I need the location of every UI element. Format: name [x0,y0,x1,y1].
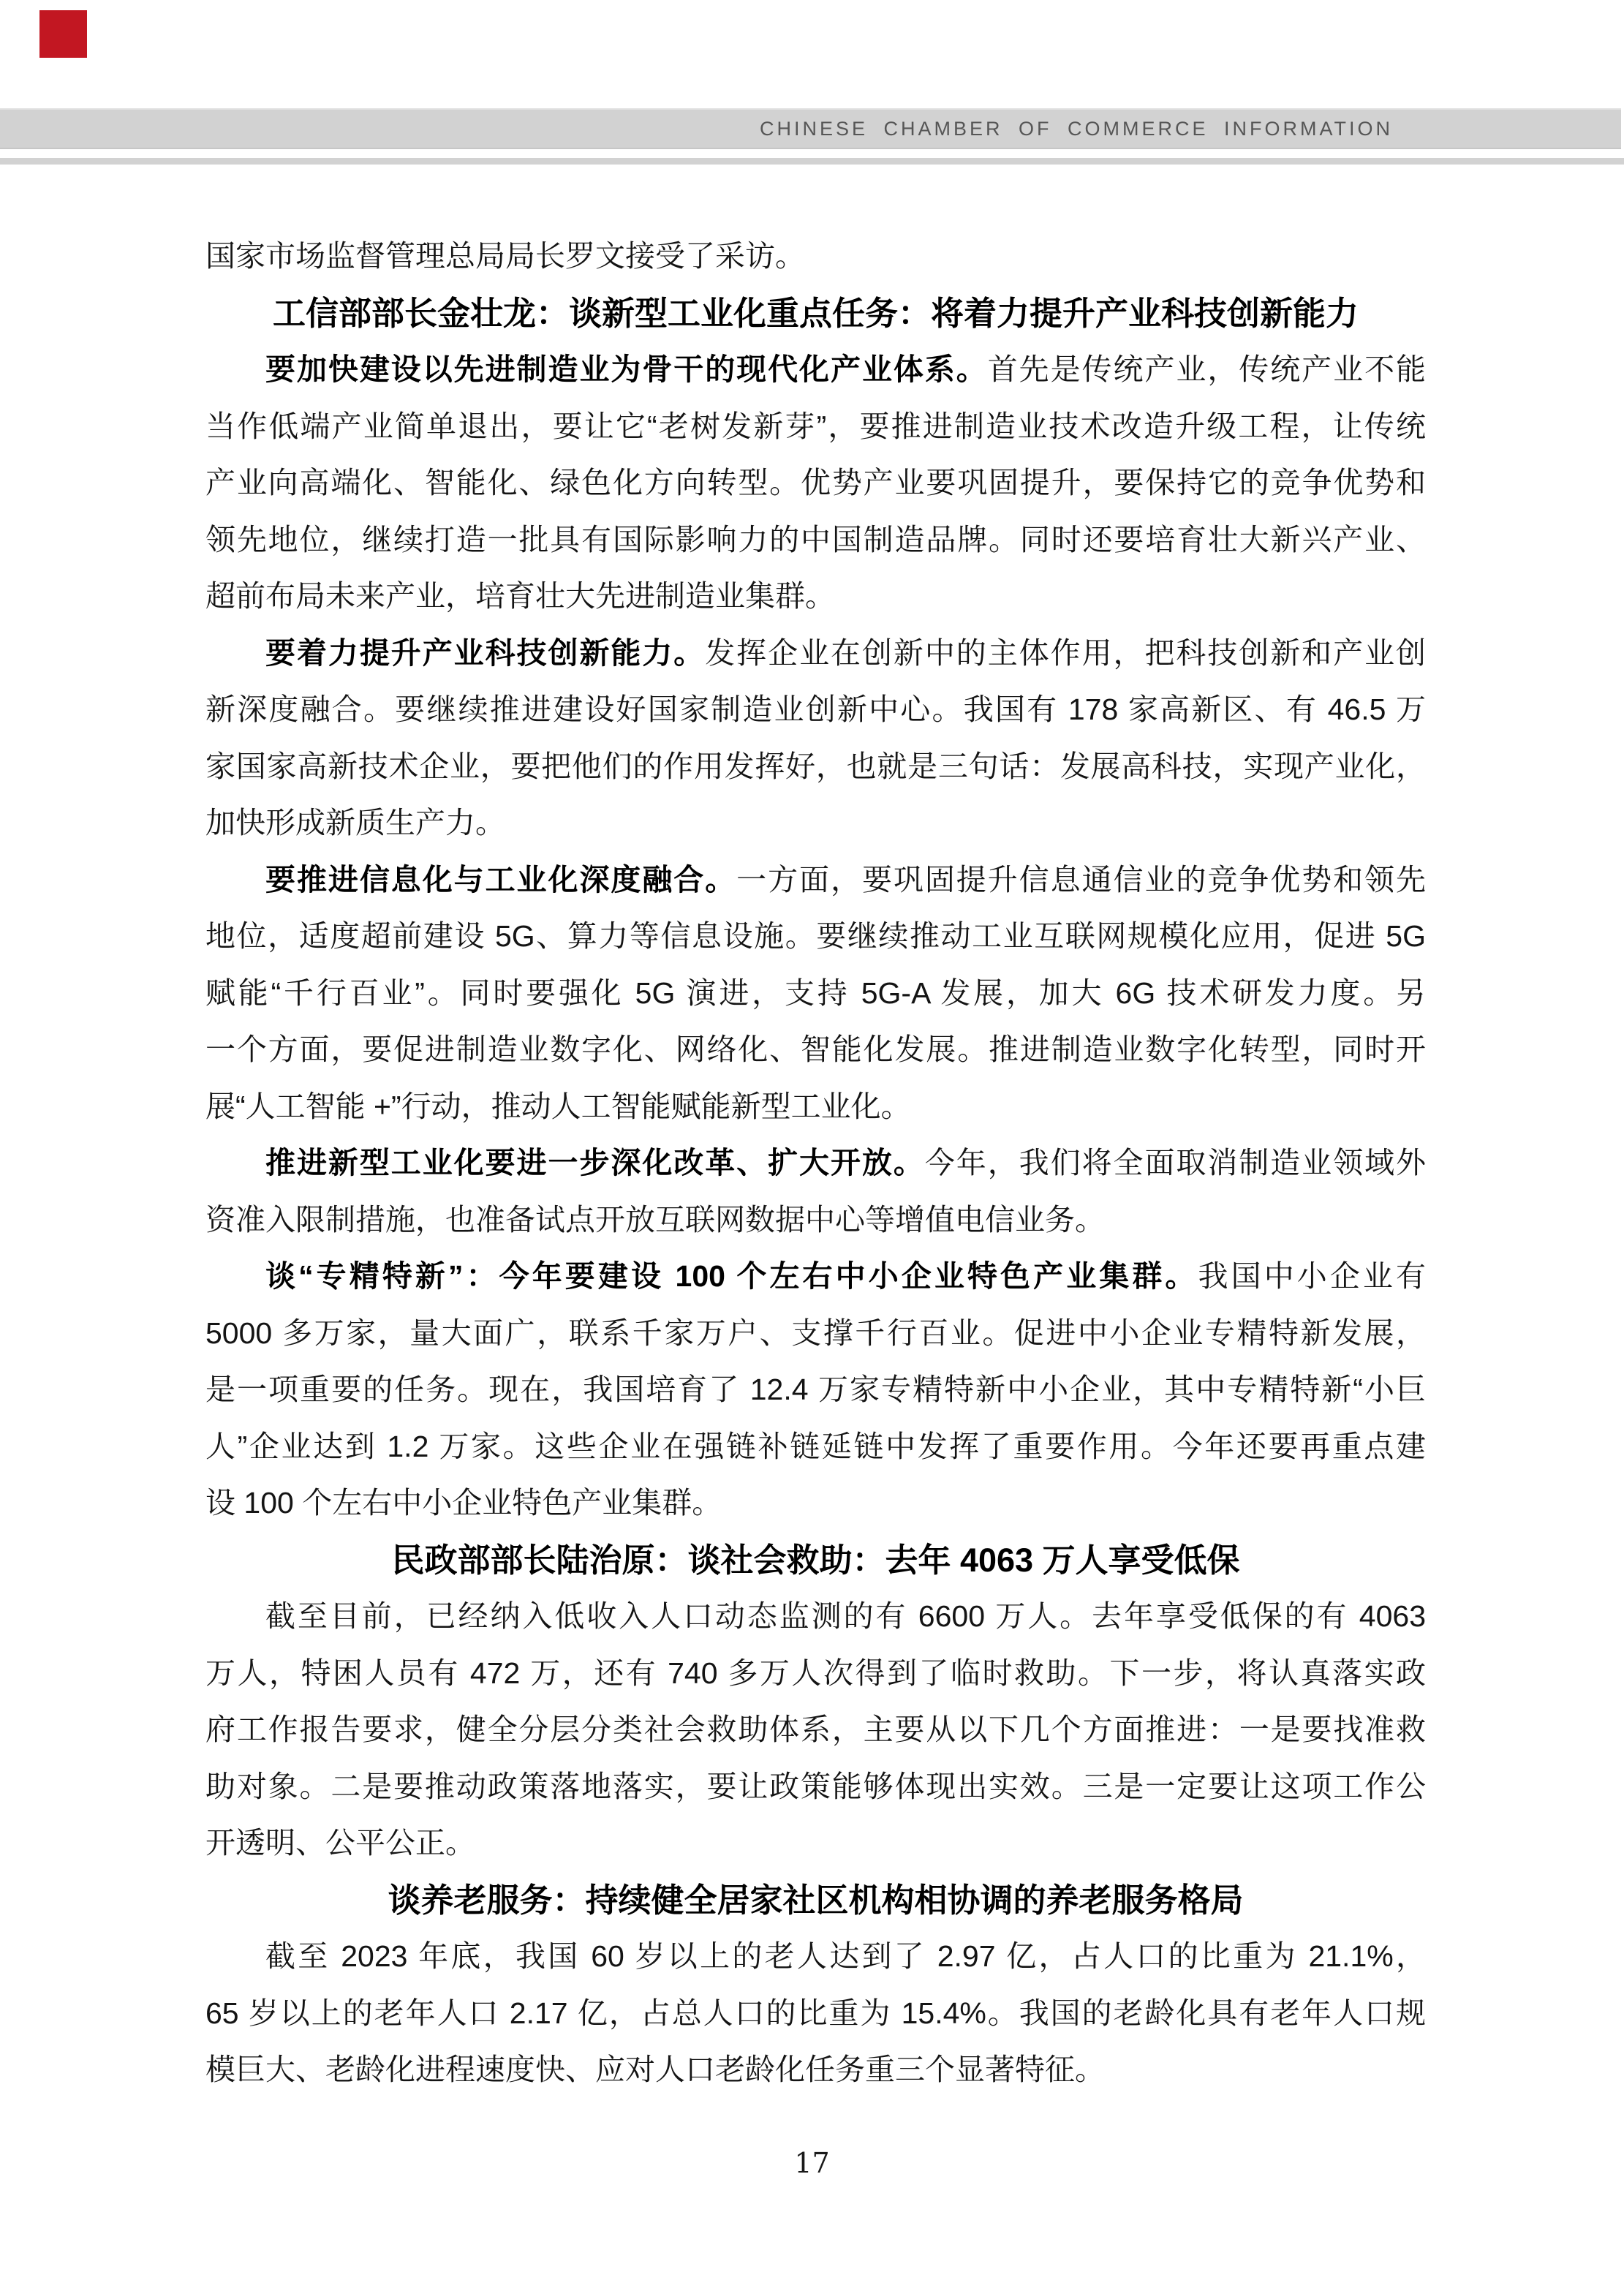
line-text: 是一项重要的任务。现在，我国培育了 12.4 万家专精特新中小企业，其中专精特新… [205,1373,1426,1406]
body-text-line: 截至 2023 年底，我国 60 岁以上的老人达到了 2.97 亿，占人口的比重… [205,1928,1426,1985]
line-text: 设 100 个左右中小企业特色产业集群。 [205,1486,722,1520]
line-text: 截至 2023 年底，我国 60 岁以上的老人达到了 2.97 亿，占人口的比重… [265,1939,1426,1973]
body-text-line: 推进新型工业化要进一步深化改革、扩大开放。今年，我们将全面取消制造业领域外 [205,1135,1426,1192]
bold-lead-text: 谈“专精特新”：今年要建设 100 个左右中小企业特色产业集群。 [265,1259,1198,1293]
line-text: 一个方面，要促进制造业数字化、网络化、智能化发展。推进制造业数字化转型，同时开 [205,1033,1426,1066]
article-body: 国家市场监督管理总局局长罗文接受了采访。工信部部长金壮龙：谈新型工业化重点任务：… [205,228,1426,2099]
body-text-line: 开透明、公平公正。 [205,1815,1426,1872]
body-text-line: 万人，特困人员有 472 万，还有 740 多万人次得到了临时救助。下一步，将认… [205,1645,1426,1702]
line-text: 开透明、公平公正。 [205,1826,475,1860]
body-text-line: 设 100 个左右中小企业特色产业集群。 [205,1475,1426,1532]
body-text-line: 资准入限制措施，也准备试点开放互联网数据中心等增值电信业务。 [205,1192,1426,1249]
line-text: 助对象。二是要推动政策落地落实，要让政策能够体现出实效。三是一定要让这项工作公 [205,1770,1426,1803]
line-text: 谈养老服务：持续健全居家社区机构相协调的养老服务格局 [388,1882,1243,1919]
line-text: 赋能“千行百业”。同时要强化 5G 演进，支持 5G-A 发展，加大 6G 技术… [205,976,1426,1010]
line-text: 当作低端产业简单退出，要让它“老树发新芽”，要推进制造业技术改造升级工程，让传统 [205,410,1426,443]
line-text: 府工作报告要求，健全分层分类社会救助体系，主要从以下几个方面推进：一是要找准救 [205,1713,1426,1746]
body-text-line: 要着力提升产业科技创新能力。发挥企业在创新中的主体作用，把科技创新和产业创 [205,625,1426,682]
header-banner-text: CHINESE CHAMBER OF COMMERCE INFORMATION [0,110,1621,148]
line-text: 超前布局未来产业，培育壮大先进制造业集群。 [205,579,835,613]
line-text: 人”企业达到 1.2 万家。这些企业在强链补链延链中发挥了重要作用。今年还要再重… [205,1430,1426,1463]
line-text: 新深度融合。要继续推进建设好国家制造业创新中心。我国有 178 家高新区、有 4… [205,692,1426,726]
body-text-line: 一个方面，要促进制造业数字化、网络化、智能化发展。推进制造业数字化转型，同时开 [205,1022,1426,1079]
line-text: 家国家高新技术企业，要把他们的作用发挥好，也就是三句话：发展高科技，实现产业化， [205,750,1426,783]
line-text: 发挥企业在创新中的主体作用，把科技创新和产业创 [705,636,1426,670]
line-text: 今年，我们将全面取消制造业领域外 [925,1146,1426,1180]
body-text-line: 要推进信息化与工业化深度融合。一方面，要巩固提升信息通信业的竞争优势和领先 [205,852,1426,909]
header-divider-strip [0,158,1624,165]
body-text-line: 模巨大、老龄化进程速度快、应对人口老龄化任务重三个显著特征。 [205,2042,1426,2099]
line-text: 工信部部长金壮龙：谈新型工业化重点任务：将着力提升产业科技创新能力 [273,295,1359,332]
line-text: 资准入限制措施，也准备试点开放互联网数据中心等增值电信业务。 [205,1203,1105,1237]
body-text-line: 当作低端产业简单退出，要让它“老树发新芽”，要推进制造业技术改造升级工程，让传统 [205,399,1426,456]
body-text-line: 新深度融合。要继续推进建设好国家制造业创新中心。我国有 178 家高新区、有 4… [205,682,1426,739]
body-text-line: 地位，适度超前建设 5G、算力等信息设施。要继续推动工业互联网规模化应用，促进 … [205,908,1426,965]
line-text: 产业向高端化、智能化、绿色化方向转型。优势产业要巩固提升，要保持它的竞争优势和 [205,466,1426,499]
line-text: 民政部部长陆治原：谈社会救助：去年 4063 万人享受低保 [391,1541,1239,1579]
line-text: 加快形成新质生产力。 [205,806,505,839]
body-text-line: 产业向高端化、智能化、绿色化方向转型。优势产业要巩固提升，要保持它的竞争优势和 [205,455,1426,512]
body-text-line: 人”企业达到 1.2 万家。这些企业在强链补链延链中发挥了重要作用。今年还要再重… [205,1419,1426,1476]
body-text-line: 领先地位，继续打造一批具有国际影响力的中国制造品牌。同时还要培育壮大新兴产业、 [205,512,1426,569]
body-text-line: 5000 多万家，量大面广，联系千家万户、支撑千行百业。促进中小企业专精特新发展… [205,1305,1426,1362]
body-text-line: 是一项重要的任务。现在，我国培育了 12.4 万家专精特新中小企业，其中专精特新… [205,1362,1426,1419]
body-text-line: 助对象。二是要推动政策落地落实，要让政策能够体现出实效。三是一定要让这项工作公 [205,1759,1426,1816]
body-text-line: 国家市场监督管理总局局长罗文接受了采访。 [205,228,1426,285]
body-text-line: 谈“专精特新”：今年要建设 100 个左右中小企业特色产业集群。我国中小企业有 [205,1248,1426,1305]
line-text: 5000 多万家，量大面广，联系千家万户、支撑千行百业。促进中小企业专精特新发展… [205,1316,1426,1350]
line-text: 万人，特困人员有 472 万，还有 740 多万人次得到了临时救助。下一步，将认… [205,1656,1426,1690]
line-text: 地位，适度超前建设 5G、算力等信息设施。要继续推动工业互联网规模化应用，促进 … [205,919,1426,953]
section-heading: 谈养老服务：持续健全居家社区机构相协调的养老服务格局 [205,1872,1426,1929]
body-text-line: 加快形成新质生产力。 [205,795,1426,852]
line-text: 一方面，要巩固提升信息通信业的竞争优势和领先 [736,863,1426,897]
document-page: CHINESE CHAMBER OF COMMERCE INFORMATION … [0,0,1624,2272]
line-text: 领先地位，继续打造一批具有国际影响力的中国制造品牌。同时还要培育壮大新兴产业、 [205,523,1426,556]
body-text-line: 超前布局未来产业，培育壮大先进制造业集群。 [205,568,1426,625]
section-heading: 工信部部长金壮龙：谈新型工业化重点任务：将着力提升产业科技创新能力 [205,285,1426,342]
body-text-line: 赋能“千行百业”。同时要强化 5G 演进，支持 5G-A 发展，加大 6G 技术… [205,965,1426,1022]
bold-lead-text: 要加快建设以先进制造业为骨干的现代化产业体系。 [265,352,988,386]
line-text: 模巨大、老龄化进程速度快、应对人口老龄化任务重三个显著特征。 [205,2053,1105,2086]
line-text: 首先是传统产业，传统产业不能 [988,352,1426,386]
bold-lead-text: 要推进信息化与工业化深度融合。 [265,863,736,897]
line-text: 国家市场监督管理总局局长罗文接受了采访。 [205,239,805,273]
body-text-line: 府工作报告要求，健全分层分类社会救助体系，主要从以下几个方面推进：一是要找准救 [205,1702,1426,1759]
header-banner-bar: CHINESE CHAMBER OF COMMERCE INFORMATION [0,108,1621,149]
bold-lead-text: 推进新型工业化要进一步深化改革、扩大开放。 [265,1146,925,1180]
body-text-line: 65 岁以上的老年人口 2.17 亿，占总人口的比重为 15.4%。我国的老龄化… [205,1985,1426,2042]
line-text: 我国中小企业有 [1198,1259,1426,1293]
section-heading: 民政部部长陆治原：谈社会救助：去年 4063 万人享受低保 [205,1532,1426,1589]
line-text: 截至目前，已经纳入低收入人口动态监测的有 6600 万人。去年享受低保的有 40… [265,1599,1426,1633]
page-number: 17 [0,2147,1624,2179]
body-text-line: 展“人工智能 +”行动，推动人工智能赋能新型工业化。 [205,1079,1426,1136]
bold-lead-text: 要着力提升产业科技创新能力。 [265,636,705,670]
body-text-line: 要加快建设以先进制造业为骨干的现代化产业体系。首先是传统产业，传统产业不能 [205,341,1426,399]
body-text-line: 家国家高新技术企业，要把他们的作用发挥好，也就是三句话：发展高科技，实现产业化， [205,739,1426,796]
red-accent-square [39,10,87,58]
body-text-line: 截至目前，已经纳入低收入人口动态监测的有 6600 万人。去年享受低保的有 40… [205,1588,1426,1645]
line-text: 展“人工智能 +”行动，推动人工智能赋能新型工业化。 [205,1090,911,1123]
line-text: 65 岁以上的老年人口 2.17 亿，占总人口的比重为 15.4%。我国的老龄化… [205,1996,1426,2030]
